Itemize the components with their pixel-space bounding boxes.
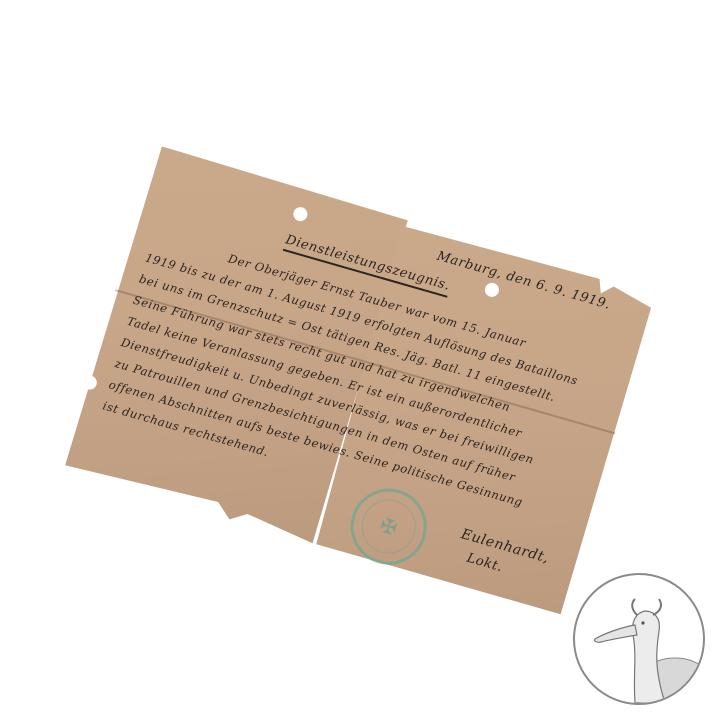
eagle-icon: ✠: [377, 513, 400, 541]
stamp-emblem: ✠: [355, 493, 422, 560]
duck-logo: [573, 573, 705, 705]
document-photo: Marburg, den 6. 9. 1919. Dienstleistungs…: [63, 145, 657, 615]
horned-duck-icon: [575, 575, 703, 703]
